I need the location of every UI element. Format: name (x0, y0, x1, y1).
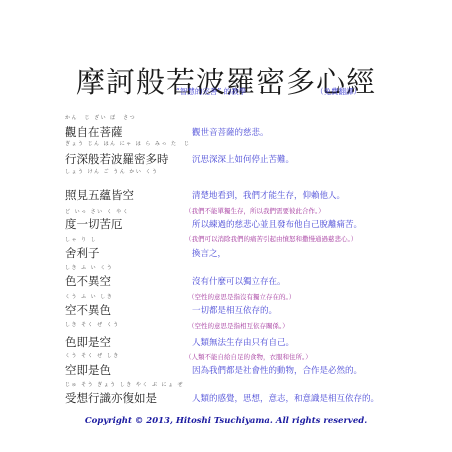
sutra-line: 度一切苦厄 (65, 216, 123, 232)
sutra-line: 舍利子 (65, 245, 100, 261)
translation-note: （空性的意思是指相互依存關係。） (188, 321, 289, 330)
translation-line: 換言之， (192, 247, 226, 259)
translation-line: 觀世音菩薩的慈悲。 (192, 126, 269, 138)
subtitle-free-translation: （免費翻譯） (316, 86, 361, 97)
sutra-line: 色不異空 (65, 273, 111, 289)
sutra-line: 觀自在菩薩 (65, 124, 123, 140)
translation-line: 人類無法生存由只有自己。 (192, 336, 294, 348)
translation-line: 所以練過的慈悲心並且發布他自己脫離痛苦。 (192, 218, 362, 230)
translation-line: 一切都是相互依存的。 (192, 304, 277, 316)
translation-note: （人類不能自給自足的食物，衣服和住所。） (185, 352, 312, 361)
subtitle-teaching: “智慧的完善” 的教學 (176, 86, 246, 97)
furigana: しょう けん ご うん かい くう (65, 168, 158, 175)
furigana: しき そく ぜ くう (65, 321, 120, 328)
furigana: かん じ ざい ぼ さつ (65, 114, 136, 121)
translation-note: （空性的意思是指沒有獨立存在的。） (188, 292, 295, 301)
furigana: ぎょう じん はん にゃ は ら みっ た じ (65, 140, 191, 147)
furigana: じゅ そう ぎょう しき やく ぶ にょ ぜ (65, 381, 184, 388)
furigana: しき ふ い くう (65, 264, 113, 271)
sutra-line: 受想行識亦復如是 (65, 390, 157, 406)
sutra-line: 色即是空 (65, 334, 111, 350)
furigana: しゃ り し (65, 236, 97, 243)
sutra-line: 行深般若波羅密多時 (65, 151, 169, 167)
furigana: くう そく ぜ しき (65, 352, 120, 359)
sutra-line: 照見五蘊皆空 (65, 187, 134, 203)
translation-line: 人類的感覺，思想，意志，和意識是相互依存的。 (192, 392, 379, 404)
furigana: くう ふ い しき (65, 293, 113, 300)
translation-note: （我們不能單獨生存，所以我們需要彼此合作。） (185, 206, 325, 215)
translation-line: 因為我們都是社會性的動物，合作是必然的。 (192, 364, 362, 376)
translation-line: 清楚地看到，我們才能生存，仰賴他人。 (192, 189, 345, 201)
translation-line: 沒有什麼可以獨立存在。 (192, 275, 286, 287)
copyright-notice: Copyright © 2013, Hitoshi Tsuchiyama. Al… (0, 416, 452, 426)
sutra-line: 空即是色 (65, 362, 111, 378)
furigana: ど いっ さい く やく (65, 208, 129, 215)
translation-note: （我們可以消除我們的痛苦引起由憤怒和撒慢通過慈悲心。） (185, 234, 357, 243)
translation-line: 沉思深深上如何停止苦難。 (192, 153, 294, 165)
sutra-line: 空不異色 (65, 302, 111, 318)
